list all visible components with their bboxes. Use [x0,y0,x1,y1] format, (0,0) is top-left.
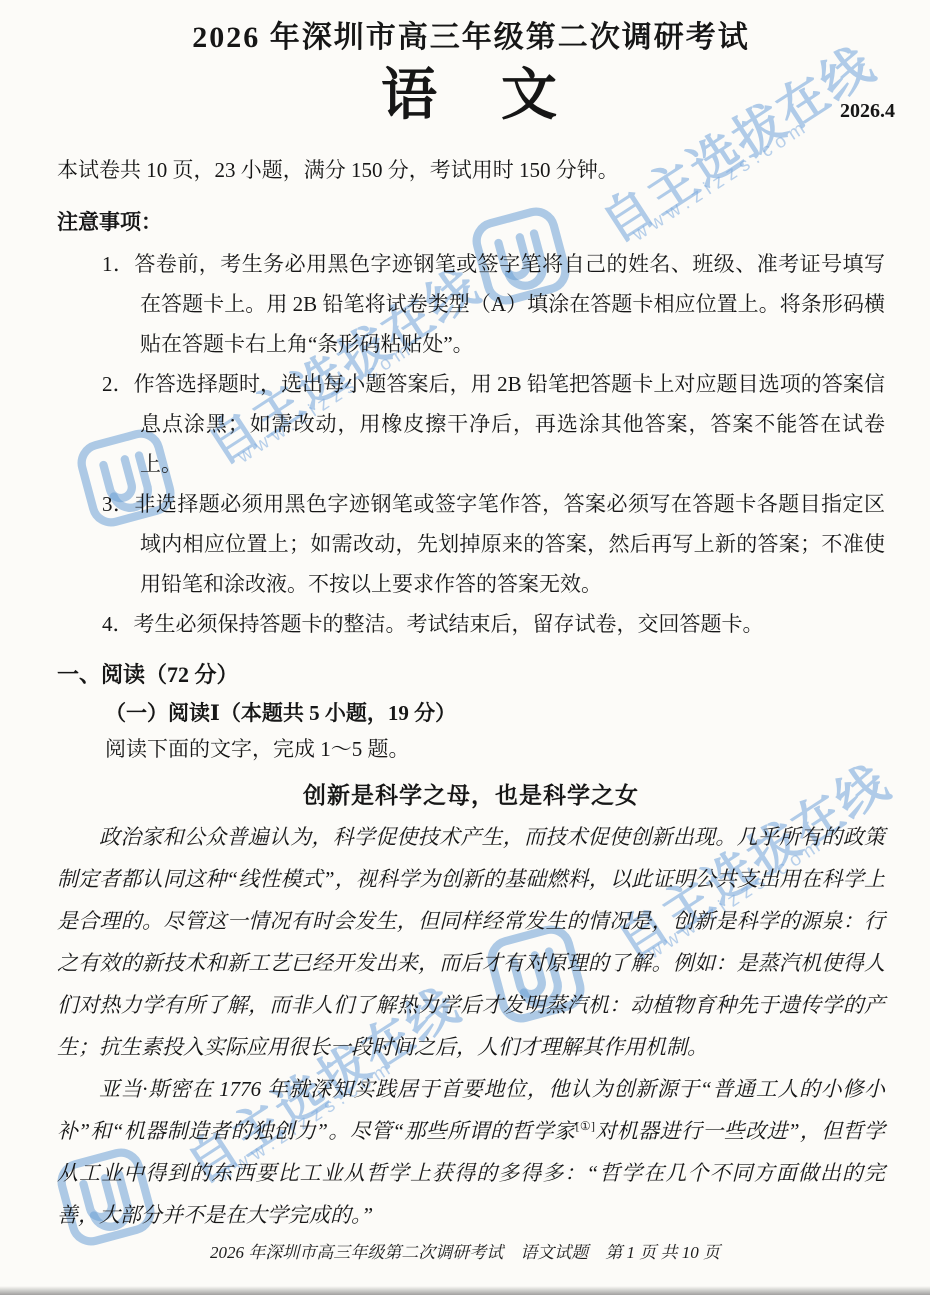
notice-heading: 注意事项： [57,206,885,236]
subsection-title: （一）阅读Ⅰ（本题共 5 小题，19 分） [105,697,885,727]
notice-list: 1．答卷前，考生务必用黑色字迹钢笔或签字笔将自己的姓名、班级、准考证号填写在答题… [102,244,885,644]
notice-item: 4．考生必须保持答题卡的整洁。考试结束后，留存试卷，交回答题卡。 [102,604,885,644]
passage: 政治家和公众普遍认为，科学促使技术产生，而技术促使创新出现。几乎所有的政策制定者… [57,816,885,1236]
passage-paragraph-1: 政治家和公众普遍认为，科学促使技术产生，而技术促使创新出现。几乎所有的政策制定者… [57,816,885,1068]
page-content: 2026 年深圳市高三年级第二次调研考试 语 文 2026.4 本试卷共 10 … [0,0,930,1236]
notice-item: 2．作答选择题时，选出每小题答案后，用 2B 铅笔把答题卡上对应题目选项的答案信… [102,364,885,484]
reading-instruction: 阅读下面的文字，完成 1～5 题。 [105,733,885,763]
passage-title: 创新是科学之母，也是科学之女 [57,777,885,810]
page-title: 2026 年深圳市高三年级第二次调研考试 [57,12,885,56]
note-marker: [①] [576,1119,596,1133]
section-title: 一、阅读（72 分） [57,658,885,689]
notice-item: 1．答卷前，考生务必用黑色字迹钢笔或签字笔将自己的姓名、班级、准考证号填写在答题… [102,244,885,364]
exam-info: 本试卷共 10 页，23 小题，满分 150 分，考试用时 150 分钟。 [57,154,885,184]
exam-paper-page: 自主选拔在线 www.zizzs.com 自主选拔在线 www.zizzs.co… [0,0,930,1295]
subject-title: 语 文 [57,66,885,128]
exam-date: 2026.4 [840,100,895,123]
page-footer: 2026 年深圳市高三年级第二次调研考试 语文试题 第 1 页 共 10 页 [0,1238,930,1263]
passage-paragraph-2: 亚当·斯密在 1776 年就深知实践居于首要地位，他认为创新源于“普通工人的小修… [57,1068,885,1236]
notice-item: 3．非选择题必须用黑色字迹钢笔或签字笔作答，答案必须写在答题卡各题目指定区域内相… [102,484,885,604]
